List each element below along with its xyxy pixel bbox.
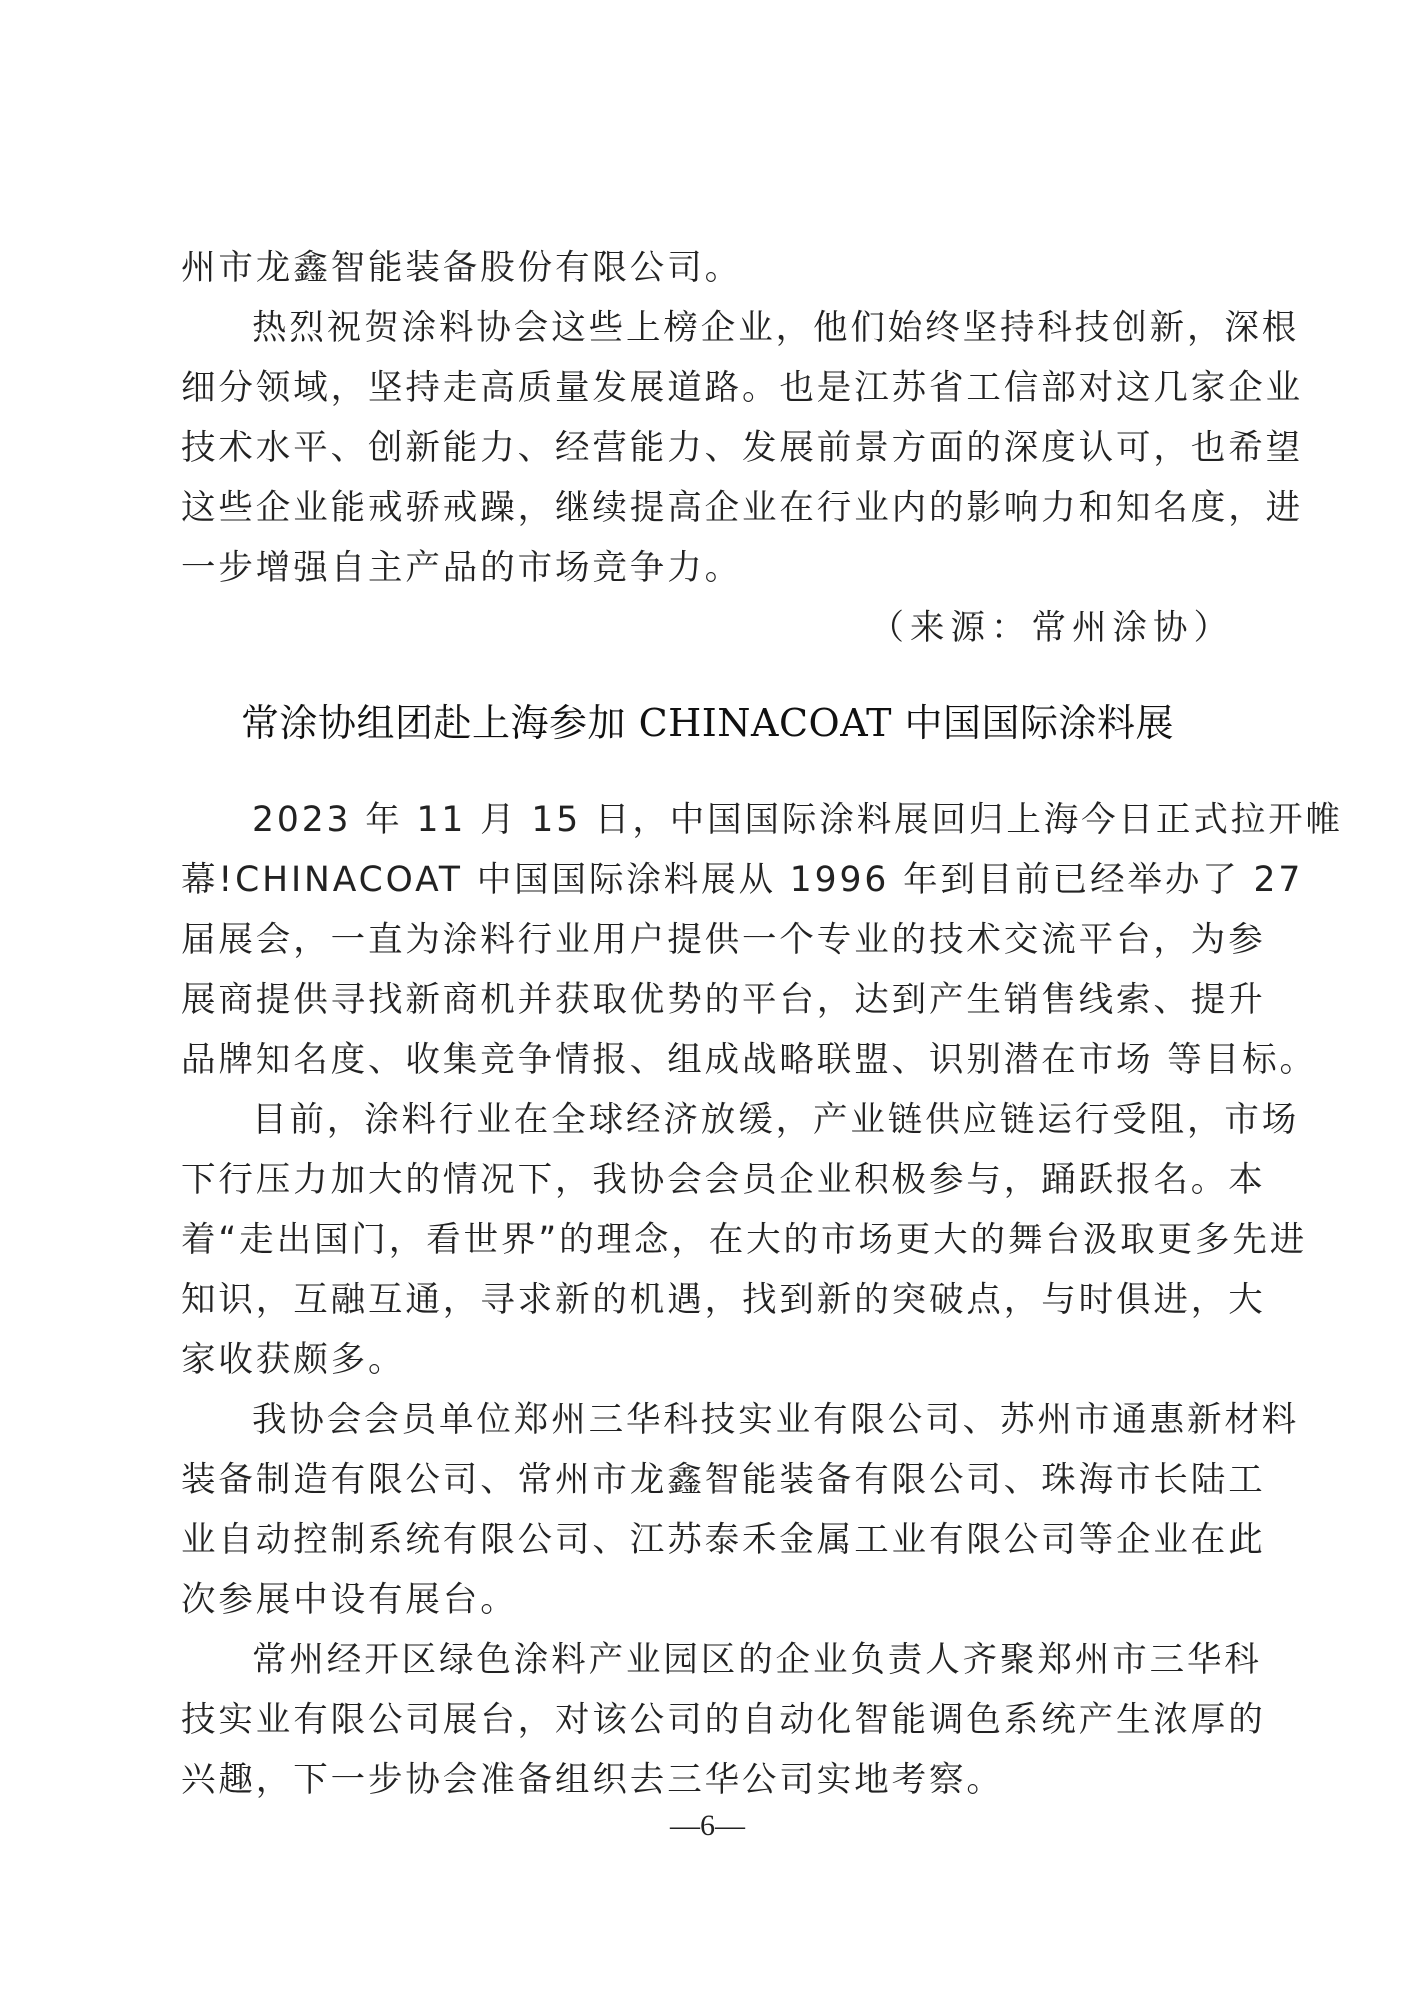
page-number: —6— [0,1808,1415,1844]
paragraph-line: 2023 年 11 月 15 日，中国国际涂料展回归上海今日正式拉开帷 [252,800,1234,840]
paragraph-line: 热烈祝贺涂料协会这些上榜企业，他们始终坚持科技创新，深根 [252,308,1234,348]
paragraph-line: 目前，涂料行业在全球经济放缓，产业链供应链运行受阻，市场 [252,1100,1234,1140]
paragraph-line: 我协会会员单位郑州三华科技实业有限公司、苏州市通惠新材料 [252,1400,1234,1440]
paragraph-line: 这些企业能戒骄戒躁，继续提高企业在行业内的影响力和知名度，进 [181,488,1234,528]
paragraph-line: 细分领域，坚持走高质量发展道路。也是江苏省工信部对这几家企业 [181,368,1234,408]
paragraph-line: 展商提供寻找新商机并获取优势的平台，达到产生销售线索、提升 [181,980,1234,1020]
paragraph-line: 着“走出国门，看世界”的理念，在大的市场更大的舞台汲取更多先进 [181,1220,1234,1260]
paragraph-line: 兴趣，下一步协会准备组织去三华公司实地考察。 [181,1760,1234,1800]
paragraph-line: 品牌知名度、收集竞争情报、组成战略联盟、识别潜在市场 等目标。 [181,1040,1234,1080]
article-title: 常涂协组团赴上海参加 CHINACOAT 中国国际涂料展 [0,700,1415,746]
paragraph-line: 技实业有限公司展台，对该公司的自动化智能调色系统产生浓厚的 [181,1700,1234,1740]
paragraph-line: 技术水平、创新能力、经营能力、发展前景方面的深度认可，也希望 [181,428,1234,468]
paragraph-line: 次参展中设有展台。 [181,1580,1234,1620]
paragraph-line: 知识，互融互通，寻求新的机遇，找到新的突破点，与时俱进，大 [181,1280,1234,1320]
paragraph-line: 幕!CHINACOAT 中国国际涂料展从 1996 年到目前已经举办了 27 [181,860,1234,900]
paragraph-line: 装备制造有限公司、常州市龙鑫智能装备有限公司、珠海市长陆工 [181,1460,1234,1500]
document-page: 州市龙鑫智能装备股份有限公司。 热烈祝贺涂料协会这些上榜企业，他们始终坚持科技创… [0,0,1415,2000]
paragraph-line: 届展会，一直为涂料行业用户提供一个专业的技术交流平台，为参 [181,920,1234,960]
paragraph-line: 一步增强自主产品的市场竞争力。 [181,548,1234,588]
paragraph-line: 业自动控制系统有限公司、江苏泰禾金属工业有限公司等企业在此 [181,1520,1234,1560]
paragraph-line: 常州经开区绿色涂料产业园区的企业负责人齐聚郑州市三华科 [252,1640,1234,1680]
paragraph-line: 下行压力加大的情况下，我协会会员企业积极参与，踊跃报名。本 [181,1160,1234,1200]
paragraph-line: 家收获颇多。 [181,1340,1234,1380]
source-note: （来源：常州涂协） [870,608,1235,648]
paragraph-line: 州市龙鑫智能装备股份有限公司。 [181,248,1234,288]
